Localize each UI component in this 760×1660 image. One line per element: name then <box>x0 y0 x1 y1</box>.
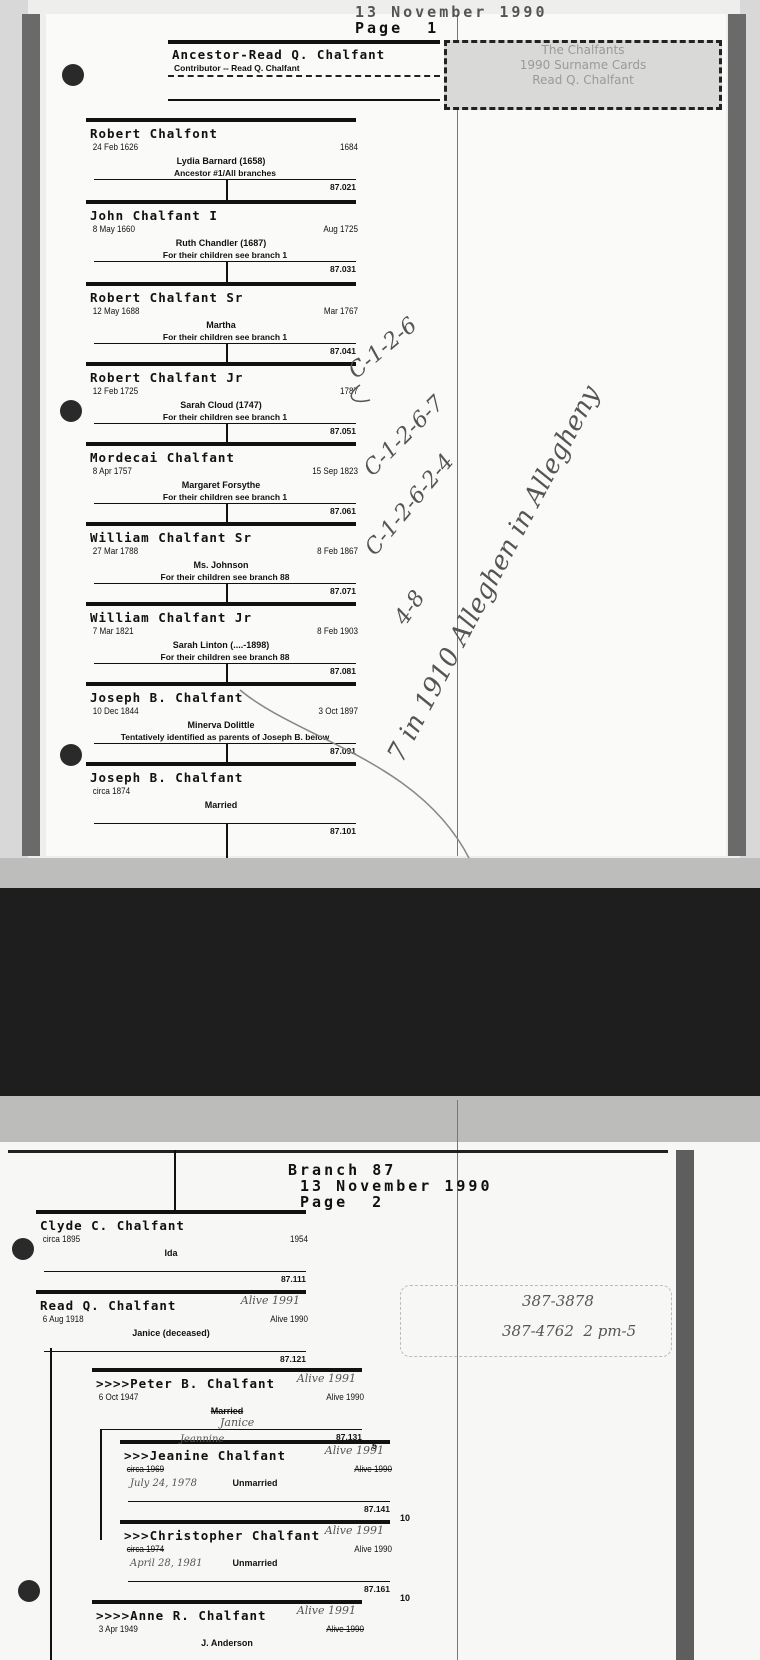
family-entry: Jeannine>>>Jeanine ChalfantAlive 1991cir… <box>120 1440 390 1514</box>
phone-number: 387-4762 2 pm-5 <box>502 1322 636 1340</box>
spouse-name: J. Anderson <box>92 1635 362 1648</box>
person-name: Read Q. Chalfant <box>40 1298 176 1313</box>
entry-id: 87.121 <box>36 1352 306 1364</box>
scan-band <box>0 1096 760 1142</box>
family-entry: Clyde C. Chalfantcirca 18951954Ida87.111 <box>36 1210 306 1284</box>
phone-number: 387-3878 <box>522 1292 594 1310</box>
handwritten-status: Alive 1991 <box>297 1604 356 1617</box>
entry-rule-bottom <box>44 1258 306 1272</box>
person-name: Christopher Chalfant <box>150 1528 321 1543</box>
family-entry: >>>>Anne R. ChalfantAlive 19913 Apr 1949… <box>92 1600 362 1648</box>
entry-rule-bottom <box>44 1338 306 1352</box>
birth-date: 3 Apr 1949 <box>99 1624 138 1635</box>
dates-row: circa 1974Alive 1990 <box>120 1543 399 1555</box>
page-2-header-page: Page 2 <box>300 1194 384 1211</box>
side-count: 10 <box>400 1513 410 1523</box>
spouse-name: Married <box>92 1403 362 1416</box>
handwritten-name: Jeannine <box>180 1434 224 1445</box>
birth-date: circa 1974 <box>127 1544 164 1555</box>
status-date: Alive 1990 <box>326 1392 364 1403</box>
handwritten-birth-date: April 28, 1981 <box>130 1558 203 1569</box>
birth-date: circa 1969 <box>127 1464 164 1475</box>
tree-connector <box>174 1150 176 1212</box>
dates-row: circa 18951954 <box>36 1233 315 1245</box>
handwritten-status: Alive 1991 <box>297 1372 356 1385</box>
page-2-right-edge <box>676 1150 694 1660</box>
handwritten-status: Alive 1991 <box>325 1524 384 1537</box>
family-entry: Read Q. ChalfantAlive 19916 Aug 1918Aliv… <box>36 1290 306 1364</box>
status-date: Alive 1990 <box>354 1544 392 1555</box>
entry-rule-bottom <box>128 1568 390 1582</box>
person-name: Peter B. Chalfant <box>130 1376 275 1391</box>
scan-dark-gap <box>0 888 760 1096</box>
spouse-name: Ida <box>36 1245 306 1258</box>
punch-hole-icon <box>18 1580 40 1602</box>
generation-marker: >>> <box>124 1528 150 1543</box>
family-entry: >>>>Peter B. ChalfantAlive 19916 Oct 194… <box>92 1368 362 1442</box>
punch-hole-icon <box>12 1238 34 1260</box>
handwritten-status: Alive 1991 <box>241 1294 300 1307</box>
dates-row: 6 Oct 1947Alive 1990 <box>92 1391 371 1403</box>
handwritten-status: Alive 1991 <box>325 1444 384 1457</box>
birth-date: circa 1895 <box>43 1234 80 1245</box>
entry-title: Clyde C. Chalfant <box>36 1214 306 1233</box>
status-date: Alive 1990 <box>354 1464 392 1475</box>
generation-marker: >>>> <box>96 1376 130 1391</box>
status-date: Alive 1990 <box>270 1314 308 1325</box>
page-2-top-rule <box>8 1150 668 1153</box>
person-name: Anne R. Chalfant <box>130 1608 266 1623</box>
generation-marker: >>> <box>124 1448 150 1463</box>
generation-marker: >>>> <box>96 1608 130 1623</box>
status-date: Alive 1990 <box>326 1624 364 1635</box>
birth-date: 6 Aug 1918 <box>43 1314 84 1325</box>
side-count: 10 <box>400 1593 410 1603</box>
tree-connector <box>50 1348 52 1660</box>
entry-id: 87.161 <box>120 1582 390 1594</box>
person-name: Jeanine Chalfant <box>150 1448 286 1463</box>
entry-id: 87.141 <box>120 1502 390 1514</box>
birth-date: 6 Oct 1947 <box>99 1392 139 1403</box>
handwritten-spouse: Janice <box>220 1416 254 1429</box>
entry-id: 87.111 <box>36 1272 306 1284</box>
scan-band <box>0 858 760 890</box>
person-name: Clyde C. Chalfant <box>40 1218 185 1233</box>
tree-connector <box>100 1430 102 1540</box>
entry-rule-bottom <box>128 1488 390 1502</box>
dates-row: circa 1969Alive 1990 <box>120 1463 399 1475</box>
status-date: 1954 <box>290 1234 308 1245</box>
spouse-name: Janice (deceased) <box>36 1325 306 1338</box>
handwritten-birth-date: July 24, 1978 <box>130 1478 197 1489</box>
dates-row: 6 Aug 1918Alive 1990 <box>36 1313 315 1325</box>
dates-row: 3 Apr 1949Alive 1990 <box>92 1623 371 1635</box>
family-entry: >>>Christopher ChalfantAlive 1991circa 1… <box>120 1520 390 1594</box>
